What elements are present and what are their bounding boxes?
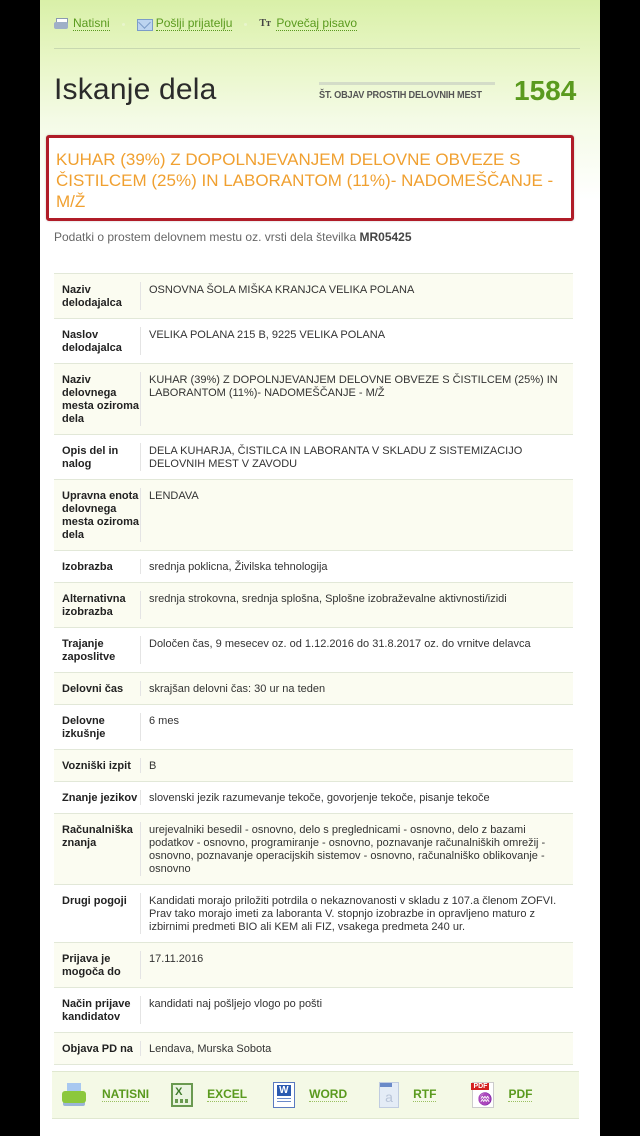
detail-value: B [140,758,573,773]
detail-label: Naziv delovnega mesta oziroma dela [54,364,140,434]
detail-label: Drugi pogoji [54,885,140,942]
detail-row: Objava PD naLendava, Murska Sobota [54,1032,573,1064]
detail-value: Določen čas, 9 mesecev oz. od 1.12.2016 … [140,636,573,664]
detail-label: Upravna enota delovnega mesta oziroma de… [54,480,140,550]
detail-label: Vozniški izpit [54,750,140,781]
detail-row: Izobrazbasrednja poklicna, Živilska tehn… [54,550,573,582]
detail-row: Trajanje zaposlitveDoločen čas, 9 mesece… [54,627,573,672]
export-pdf-button[interactable]: PDF [472,1082,532,1108]
detail-value: Kandidati morajo priložiti potrdila o ne… [140,893,573,934]
detail-label: Trajanje zaposlitve [54,628,140,672]
send-to-friend-link[interactable]: Pošlji prijatelju [137,17,233,31]
detail-value: srednja poklicna, Živilska tehnologija [140,559,573,574]
counter-label: ŠT. OBJAV PROSTIH DELOVNIH MEST [319,90,482,101]
detail-value: skrajšan delovni čas: 30 ur na teden [140,681,573,696]
detail-label: Računalniška znanja [54,814,140,884]
rtf-icon [379,1082,399,1108]
export-excel-button[interactable]: EXCEL [171,1083,247,1107]
export-natisni-button[interactable]: NATISNI [62,1082,149,1108]
counter-value: 1584 [514,75,576,107]
detail-row: Drugi pogojiKandidati morajo priložiti p… [54,884,573,942]
job-title: KUHAR (39%) Z DOPOLNJEVANJEM DELOVNE OBV… [56,149,564,212]
detail-value: 6 mes [140,713,573,741]
detail-row: Računalniška znanjaurejevalniki besedil … [54,813,573,884]
divider [54,48,580,49]
detail-value: DELA KUHARJA, ČISTILCA IN LABORANTA V SK… [140,443,573,471]
word-icon [273,1082,295,1108]
details-table: Naziv delodajalcaOSNOVNA ŠOLA MIŠKA KRAN… [54,273,573,1065]
export-label: RTF [413,1088,436,1102]
detail-label: Znanje jezikov [54,782,140,813]
toolbar: Natisni Pošlji prijatelju Tт Povečaj pis… [54,17,357,31]
job-title-box: KUHAR (39%) Z DOPOLNJEVANJEM DELOVNE OBV… [46,135,574,221]
printer-icon [62,1082,88,1108]
detail-label: Opis del in nalog [54,435,140,479]
detail-label: Delovni čas [54,673,140,704]
detail-value: LENDAVA [140,488,573,542]
table-bottom-border [54,1064,573,1065]
detail-row: Naziv delodajalcaOSNOVNA ŠOLA MIŠKA KRAN… [54,273,573,318]
detail-label: Alternativna izobrazba [54,583,140,627]
detail-label: Izobrazba [54,551,140,582]
export-label: EXCEL [207,1088,247,1102]
detail-row: Opis del in nalogDELA KUHARJA, ČISTILCA … [54,434,573,479]
detail-label: Naziv delodajalca [54,274,140,318]
export-label: PDF [508,1088,532,1102]
detail-value: urejevalniki besedil - osnovno, delo s p… [140,822,573,876]
separator [122,23,125,26]
pdf-icon [472,1082,494,1108]
detail-row: Način prijave kandidatovkandidati naj po… [54,987,573,1032]
export-word-button[interactable]: WORD [273,1082,347,1108]
print-link[interactable]: Natisni [54,17,110,31]
increase-font-link[interactable]: Tт Povečaj pisavo [259,17,357,31]
job-subtitle: Podatki o prostem delovnem mestu oz. vrs… [54,230,412,244]
detail-value: KUHAR (39%) Z DOPOLNJEVANJEM DELOVNE OBV… [140,372,573,426]
separator [244,23,247,26]
excel-icon [171,1083,193,1107]
detail-label: Objava PD na [54,1033,140,1064]
detail-value: 17.11.2016 [140,951,573,979]
font-size-icon: Tт [259,17,273,31]
counter-bar [319,82,495,85]
detail-row: Delovne izkušnje6 mes [54,704,573,749]
page-title: Iskanje dela [54,73,217,107]
detail-row: Vozniški izpitB [54,749,573,781]
detail-row: Prijava je mogoča do17.11.2016 [54,942,573,987]
detail-row: Znanje jezikovslovenski jezik razumevanj… [54,781,573,813]
detail-value: kandidati naj pošljejo vlogo po pošti [140,996,573,1024]
export-rtf-button[interactable]: RTF [379,1082,436,1108]
detail-label: Delovne izkušnje [54,705,140,749]
job-number: MR05425 [359,230,411,244]
detail-row: Delovni časskrajšan delovni čas: 30 ur n… [54,672,573,704]
detail-row: Naziv delovnega mesta oziroma delaKUHAR … [54,363,573,434]
detail-value: slovenski jezik razumevanje tekoče, govo… [140,790,573,805]
printer-icon [54,17,70,31]
send-label: Pošlji prijatelju [156,17,233,31]
detail-row: Upravna enota delovnega mesta oziroma de… [54,479,573,550]
detail-value: VELIKA POLANA 215 B, 9225 VELIKA POLANA [140,327,573,355]
detail-row: Naslov delodajalcaVELIKA POLANA 215 B, 9… [54,318,573,363]
detail-value: srednja strokovna, srednja splošna, Splo… [140,591,573,619]
export-label: WORD [309,1088,347,1102]
export-bar: NATISNIEXCELWORDRTFPDF [52,1071,579,1119]
page: Natisni Pošlji prijatelju Tт Povečaj pis… [40,0,600,1136]
detail-label: Naslov delodajalca [54,319,140,363]
envelope-icon [137,17,153,31]
font-label: Povečaj pisavo [276,17,357,31]
detail-label: Prijava je mogoča do [54,943,140,987]
print-label: Natisni [73,17,110,31]
detail-row: Alternativna izobrazbasrednja strokovna,… [54,582,573,627]
export-label: NATISNI [102,1088,149,1102]
detail-label: Način prijave kandidatov [54,988,140,1032]
subtitle-text: Podatki o prostem delovnem mestu oz. vrs… [54,230,356,244]
detail-value: Lendava, Murska Sobota [140,1041,573,1056]
detail-value: OSNOVNA ŠOLA MIŠKA KRANJCA VELIKA POLANA [140,282,573,310]
